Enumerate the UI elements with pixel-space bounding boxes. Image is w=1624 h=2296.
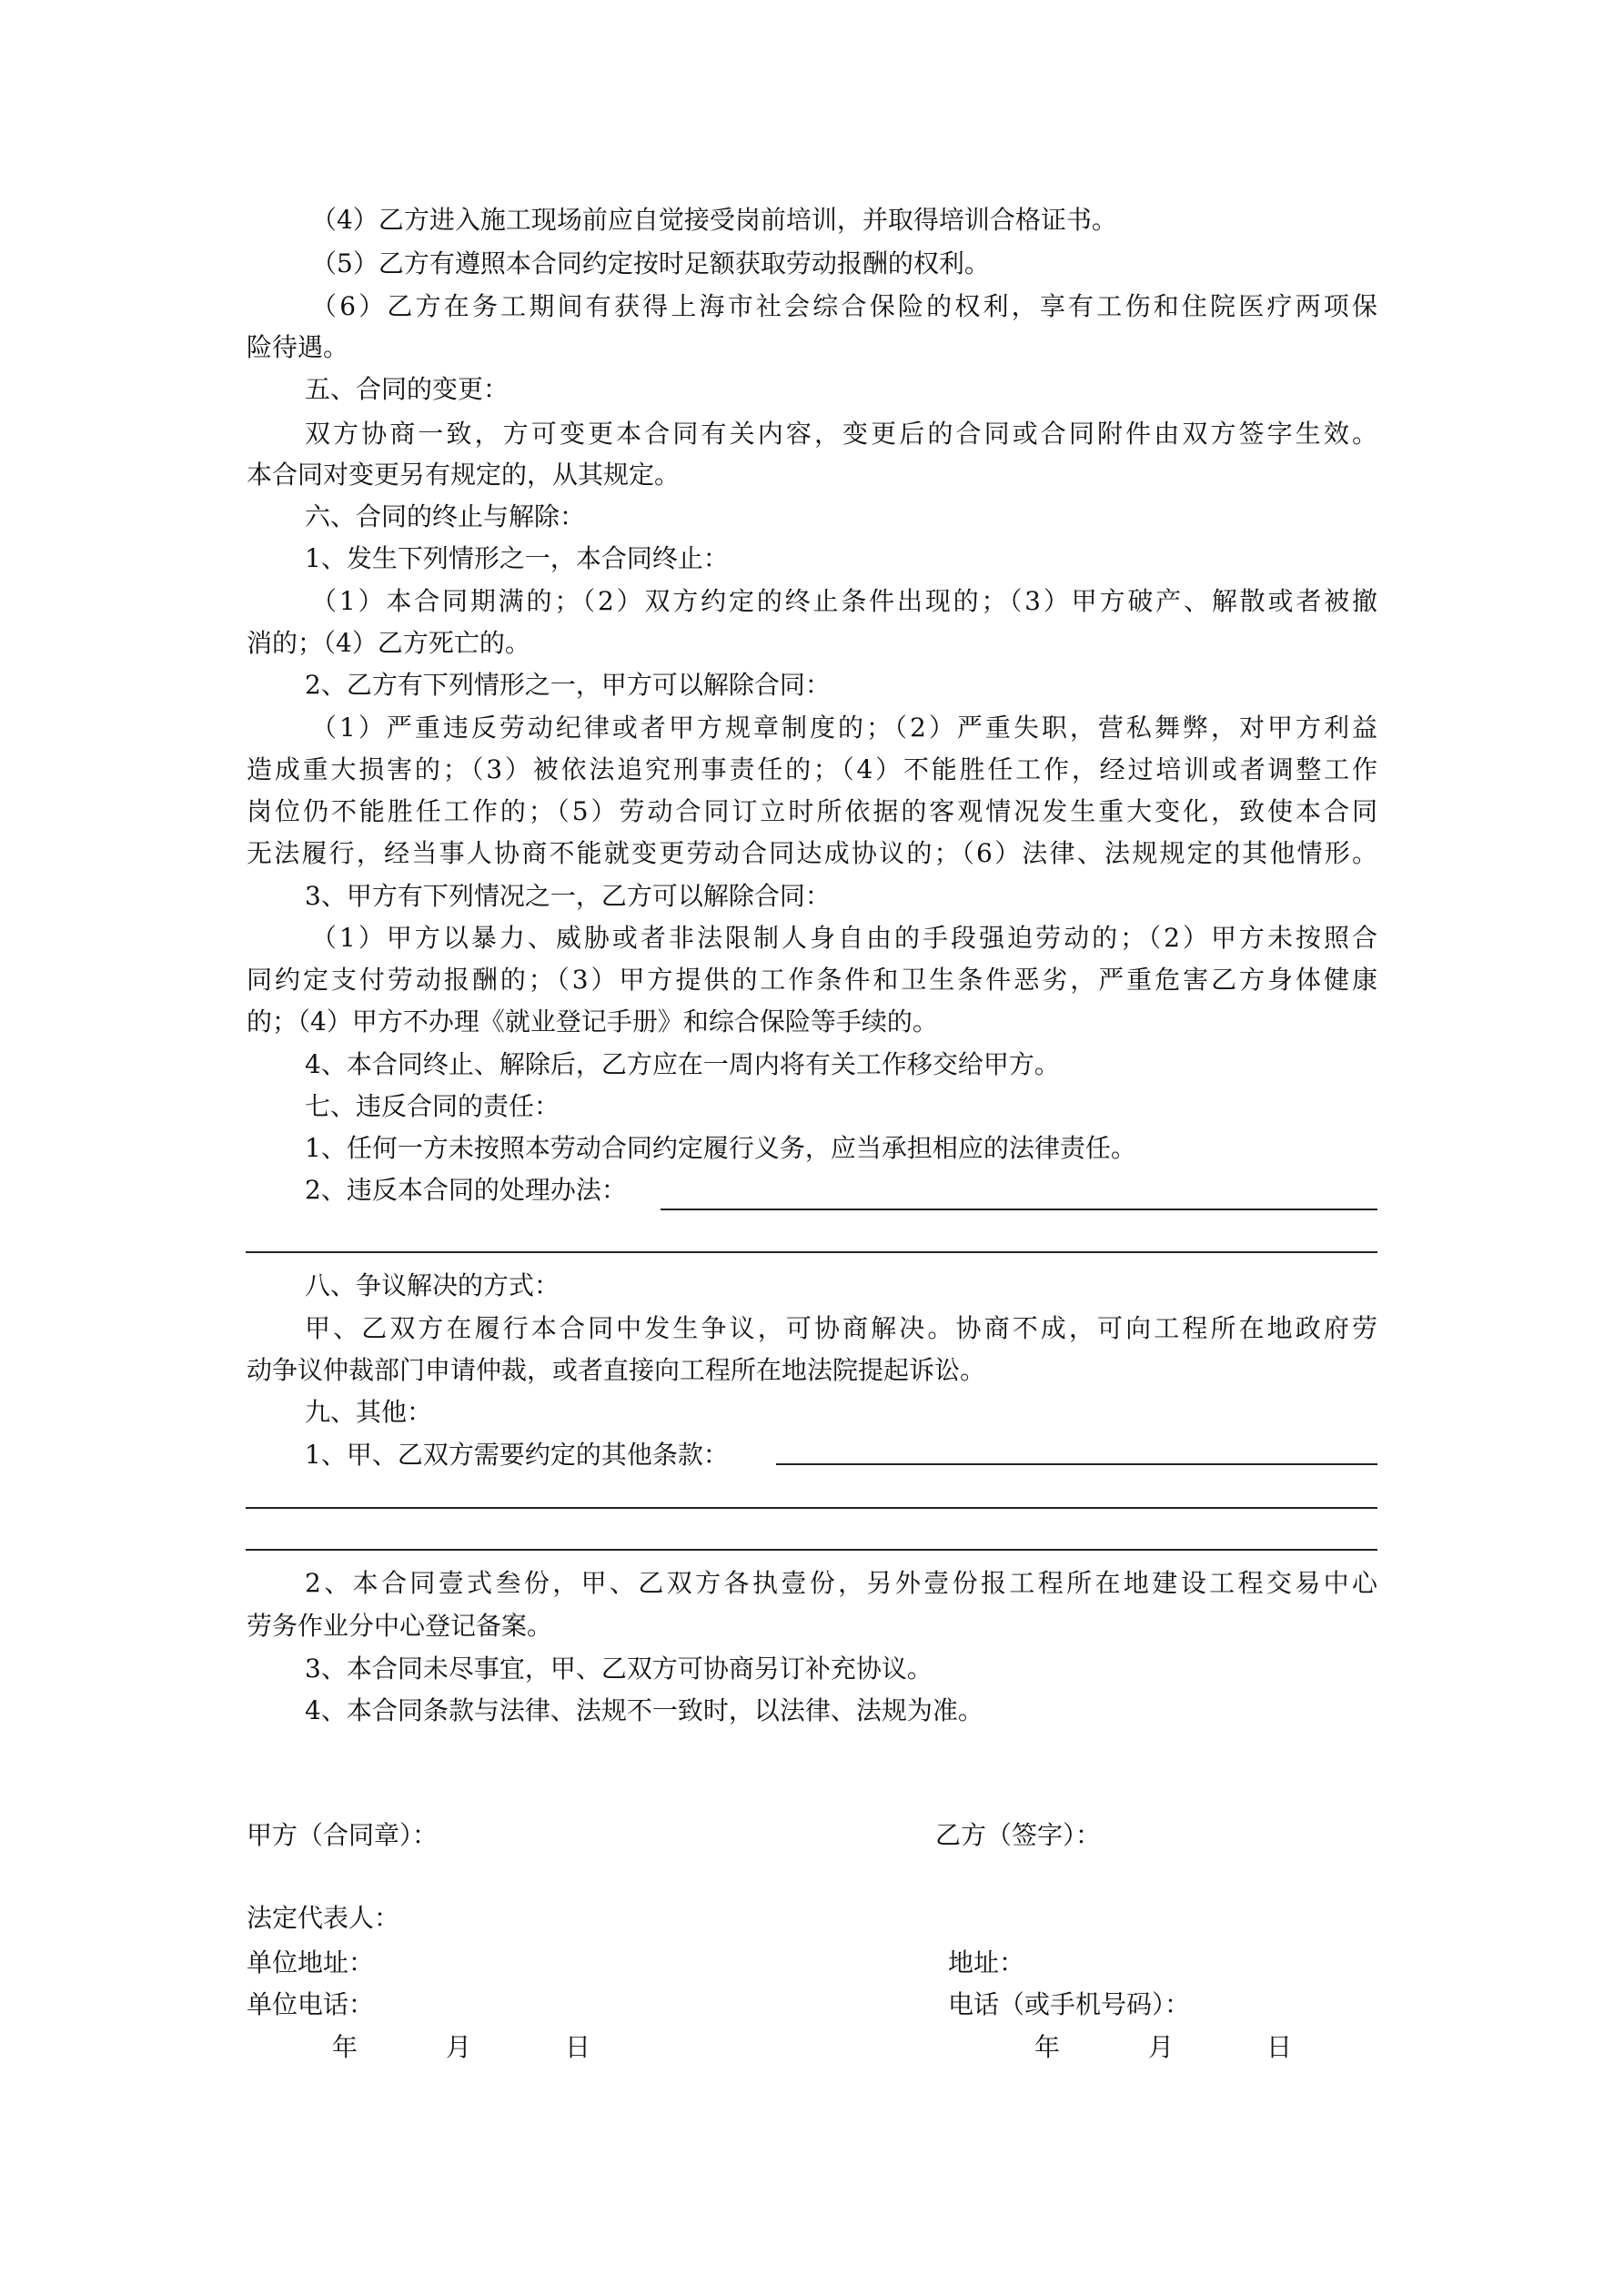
section-9-clause-2-line-1: 2、本合同壹式叁份，甲、乙双方各执壹份，另外壹份报工程所在地建设工程交易中心 bbox=[305, 1565, 1377, 1602]
section-6-clause-2-list-line-4: 无法履行，经当事人协商不能就变更劳动合同达成协议的；（6）法律、法规规定的其他情… bbox=[247, 835, 1377, 872]
party-b-phone-label: 电话（或手机号码）： bbox=[948, 1987, 1190, 2023]
section-7-clause-2: 2、违反本合同的处理办法： bbox=[305, 1172, 1377, 1209]
section-9-heading: 九、其他： bbox=[305, 1394, 1377, 1431]
section-6-clause-2: 2、乙方有下列情形之一，甲方可以解除合同： bbox=[305, 667, 1377, 703]
section-6-clause-1: 1、发生下列情形之一，本合同终止： bbox=[305, 541, 1377, 577]
section-6-clause-1-list-line-2: 消的；（4）乙方死亡的。 bbox=[247, 625, 1377, 662]
section-6-clause-4: 4、本合同终止、解除后，乙方应在一周内将有关工作移交给甲方。 bbox=[305, 1047, 1377, 1083]
section-5-heading: 五、合同的变更： bbox=[305, 371, 1377, 408]
section-9-clause-1: 1、甲、乙双方需要约定的其他条款： bbox=[305, 1437, 1377, 1473]
party-b-address-label: 地址： bbox=[948, 1945, 1024, 1981]
section-8-paragraph-line-1: 甲、乙双方在履行本合同中发生争议，可协商解决。协商不成，可向工程所在地政府劳 bbox=[305, 1310, 1377, 1347]
party-a-date-day: 日 bbox=[565, 2029, 590, 2066]
party-b-date-year: 年 bbox=[1034, 2029, 1060, 2066]
section-9-clause-2-line-2: 劳务作业分中心登记备案。 bbox=[247, 1608, 1377, 1644]
section-9-clause-3: 3、本合同未尽事宜，甲、乙双方可协商另订补充协议。 bbox=[305, 1651, 1377, 1687]
other-terms-blank-line-1[interactable] bbox=[776, 1463, 1377, 1465]
section-5-paragraph-line-2: 本合同对变更另有规定的，从其规定。 bbox=[247, 457, 1377, 493]
section-6-clause-3: 3、甲方有下列情况之一，乙方可以解除合同： bbox=[305, 878, 1377, 915]
section-7-clause-1: 1、任何一方未按照本劳动合同约定履行义务，应当承担相应的法律责任。 bbox=[305, 1130, 1377, 1167]
clause-4-item-6-line-2: 险待遇。 bbox=[247, 329, 1377, 366]
party-b-date-day: 日 bbox=[1266, 2029, 1292, 2066]
section-6-clause-1-list-line-1: （1）本合同期满的；（2）双方约定的终止条件出现的；（3）甲方破产、解散或者被撤 bbox=[311, 583, 1377, 620]
party-a-phone-label: 单位电话： bbox=[247, 1987, 374, 2023]
section-9-clause-4: 4、本合同条款与法律、法规不一致时，以法律、法规为准。 bbox=[305, 1693, 1377, 1729]
clause-4-item-6-line-1: （6）乙方在务工期间有获得上海市社会综合保险的权利，享有工伤和住院医疗两项保 bbox=[311, 288, 1377, 325]
violation-handling-blank-line[interactable] bbox=[661, 1209, 1377, 1210]
party-b-date-month: 月 bbox=[1148, 2029, 1174, 2066]
violation-handling-blank-line-2[interactable] bbox=[246, 1251, 1377, 1253]
section-6-clause-2-list-line-2: 造成重大损害的；（3）被依法追究刑事责任的；（4）不能胜任工作，经过培训或者调整… bbox=[247, 752, 1377, 788]
party-a-seal-label: 甲方（合同章）： bbox=[247, 1817, 438, 1854]
clause-4-item-4: （4）乙方进入施工现场前应自觉接受岗前培训，并取得培训合格证书。 bbox=[311, 202, 1377, 238]
section-6-clause-2-list-line-1: （1）严重违反劳动纪律或者甲方规章制度的；（2）严重失职，营私舞弊，对甲方利益 bbox=[311, 710, 1377, 746]
section-6-clause-3-list-line-3: 的；（4）甲方不办理《就业登记手册》和综合保险等手续的。 bbox=[247, 1004, 1377, 1040]
party-a-address-label: 单位地址： bbox=[247, 1945, 374, 1981]
clause-4-item-5: （5）乙方有遵照本合同约定按时足额获取劳动报酬的权利。 bbox=[311, 246, 1377, 282]
section-6-clause-2-list-line-3: 岗位仍不能胜任工作的；（5）劳动合同订立时所依据的客观情况发生重大变化，致使本合… bbox=[247, 794, 1377, 830]
party-a-date-month: 月 bbox=[446, 2029, 471, 2066]
section-8-heading: 八、争议解决的方式： bbox=[305, 1268, 1377, 1304]
party-a-legal-rep-label: 法定代表人： bbox=[247, 1900, 399, 1937]
section-6-clause-3-list-line-1: （1）甲方以暴力、威胁或者非法限制人身自由的手段强迫劳动的；（2）甲方未按照合 bbox=[311, 920, 1377, 956]
section-6-heading: 六、合同的终止与解除： bbox=[305, 499, 1377, 535]
section-8-paragraph-line-2: 动争议仲裁部门申请仲裁，或者直接向工程所在地法院提起诉讼。 bbox=[247, 1352, 1377, 1389]
section-7-heading: 七、违反合同的责任： bbox=[305, 1088, 1377, 1125]
contract-page: （4）乙方进入施工现场前应自觉接受岗前培训，并取得培训合格证书。 （5）乙方有遵… bbox=[0, 0, 1624, 2296]
party-b-sign-label: 乙方（签字）： bbox=[935, 1817, 1101, 1854]
party-a-date-year: 年 bbox=[332, 2029, 358, 2066]
other-terms-blank-line-3[interactable] bbox=[246, 1549, 1377, 1551]
other-terms-blank-line-2[interactable] bbox=[246, 1507, 1377, 1509]
section-6-clause-3-list-line-2: 同约定支付劳动报酬的；（3）甲方提供的工作条件和卫生条件恶劣，严重危害乙方身体健… bbox=[247, 962, 1377, 998]
section-5-paragraph-line-1: 双方协商一致，方可变更本合同有关内容，变更后的合同或合同附件由双方签字生效。 bbox=[305, 416, 1377, 452]
